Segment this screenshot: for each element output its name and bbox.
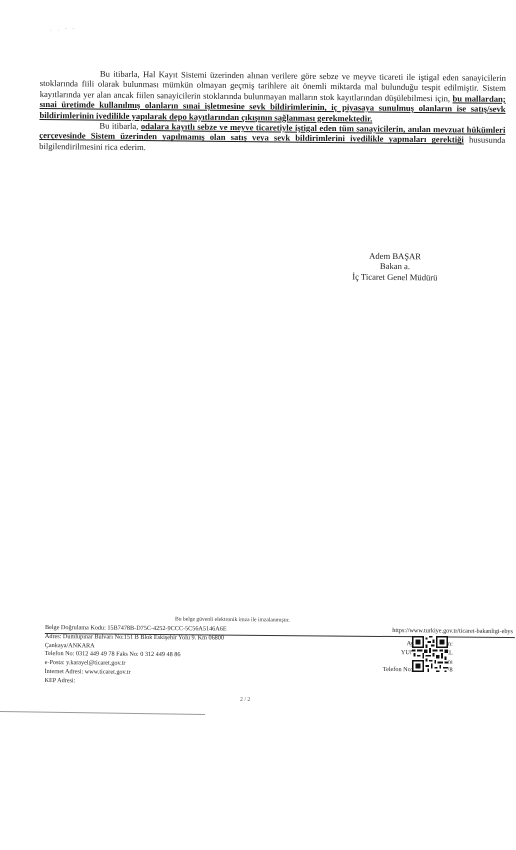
document-page: · · ˉ ˉ Bu itibarla, Hal Kayıt Sistemi ü… xyxy=(0,0,516,850)
paragraph-2: Bu itibarla, odalara kayıtlı sebze ve me… xyxy=(39,120,505,156)
qr-code-icon xyxy=(412,636,448,672)
signature-block: Adem BAŞAR Bakan a. İç Ticaret Genel Müd… xyxy=(340,250,450,282)
body-text: Bu itibarla, xyxy=(99,121,141,131)
signatory-title: İç Ticaret Genel Müdürü xyxy=(340,271,450,283)
scan-artifact: · · ˉ ˉ xyxy=(50,28,77,34)
document-footer: Belge Doğrulama Kodu: 15B7478B-D75C-4252… xyxy=(45,624,515,628)
letter-body: Bu itibarla, Hal Kayıt Sistemi üzerinden… xyxy=(39,68,506,156)
paragraph-1: Bu itibarla, Hal Kayıt Sistemi üzerinden… xyxy=(39,68,506,125)
kep-address: KEP Adresi: xyxy=(44,677,314,688)
e-signature-note: Bu belge güvenli elektronik imza ile imz… xyxy=(175,616,290,623)
page-number: 2 / 2 xyxy=(240,697,250,703)
body-text: Bu itibarla, Hal Kayıt Sistemi üzerinden… xyxy=(40,69,506,104)
scan-fold-line xyxy=(0,711,205,715)
